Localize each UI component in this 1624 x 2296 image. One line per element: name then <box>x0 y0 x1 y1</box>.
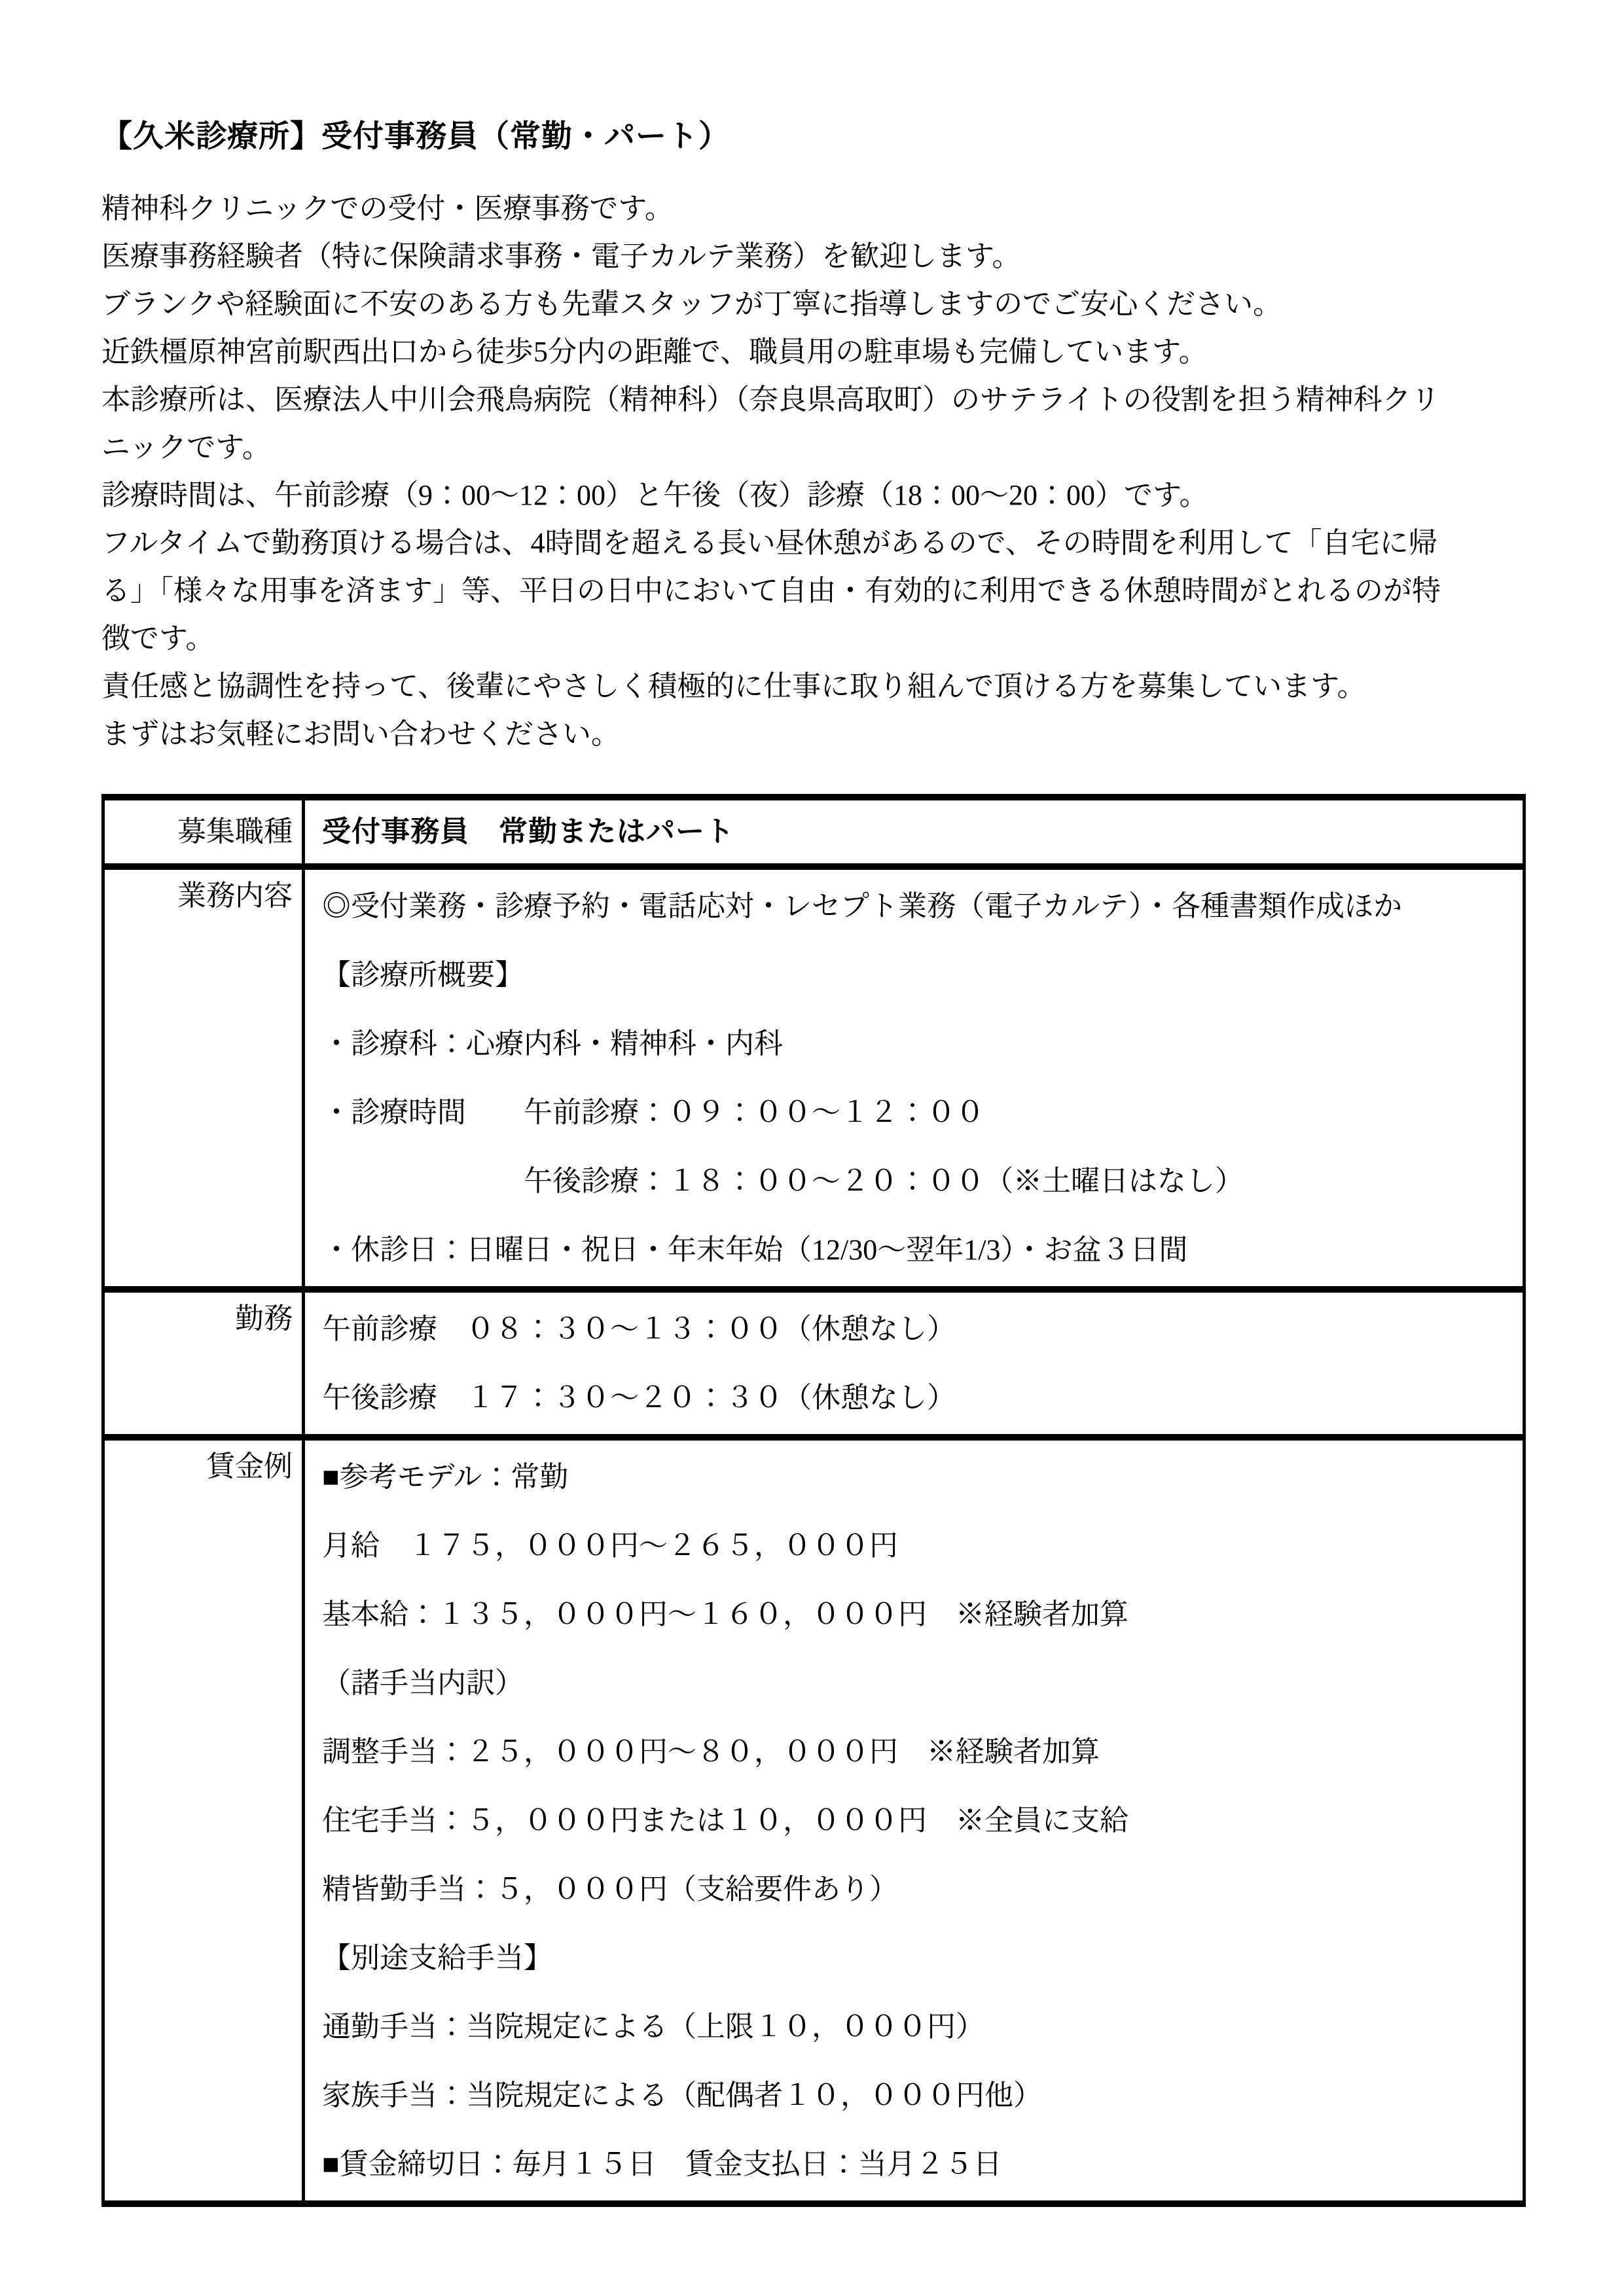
table-row-wage-example: 賃金例 ■参考モデル：常勤 月給 １７５，０００円〜２６５，０００円 基本給：１… <box>105 1441 1523 2200</box>
intro-line: 診療時間は、午前診療（9：00〜12：00）と午後（夜）診療（18：00〜20：… <box>101 471 1526 519</box>
table-line: 受付事務員 常勤またはパート <box>322 802 1516 861</box>
row-value: ◎受付業務・診療予約・電話応対・レセプト業務（電子カルテ）・各種書類作成ほか 【… <box>305 870 1523 1286</box>
job-table: 募集職種 受付事務員 常勤またはパート 業務内容 ◎受付業務・診療予約・電話応対… <box>101 794 1526 2207</box>
table-line: 月給 １７５，０００円〜２６５，０００円 <box>322 1511 1516 1580</box>
table-line: ・診療時間 午前診療：０９：００〜１２：００ <box>322 1078 1516 1147</box>
intro-line: ニックです。 <box>101 423 1526 471</box>
intro-line: 本診療所は、医療法人中川会飛鳥病院（精神科）（奈良県高取町）のサテライトの役割を… <box>101 376 1526 423</box>
row-value: 午前診療 ０８：３０〜１３：００（休憩なし） 午後診療 １７：３０〜２０：３０（… <box>305 1293 1523 1434</box>
row-value: 受付事務員 常勤またはパート <box>305 800 1523 863</box>
row-label: 勤務 <box>105 1293 305 1434</box>
document-page: 【久米診療所】受付事務員（常勤・パート） 精神科クリニックでの受付・医療事務です… <box>0 0 1624 2296</box>
table-line: 精皆勤手当：５，０００円（支給要件あり） <box>322 1855 1516 1924</box>
intro-line: 精神科クリニックでの受付・医療事務です。 <box>101 185 1526 232</box>
intro-text: 精神科クリニックでの受付・医療事務です。 医療事務経験者（特に保険請求事務・電子… <box>101 185 1526 758</box>
table-line: 通勤手当：当院規定による（上限１０，０００円） <box>322 1992 1516 2061</box>
table-row-job-description: 業務内容 ◎受付業務・診療予約・電話応対・レセプト業務（電子カルテ）・各種書類作… <box>105 870 1523 1293</box>
row-label: 業務内容 <box>105 870 305 1286</box>
table-line: ・休診日：日曜日・祝日・年末年始（12/30〜翌年1/3）・お盆３日間 <box>322 1215 1516 1284</box>
table-line: 家族手当：当院規定による（配偶者１０，０００円他） <box>322 2061 1516 2130</box>
table-row-recruit-type: 募集職種 受付事務員 常勤またはパート <box>105 800 1523 870</box>
table-line: 調整手当：２５，０００円〜８０，０００円 ※経験者加算 <box>322 1717 1516 1786</box>
intro-line: ブランクや経験面に不安のある方も先輩スタッフが丁寧に指導しますのでご安心ください… <box>101 280 1526 328</box>
table-row-work-hours: 勤務 午前診療 ０８：３０〜１３：００（休憩なし） 午後診療 １７：３０〜２０：… <box>105 1293 1523 1441</box>
row-label: 賃金例 <box>105 1441 305 2200</box>
intro-line: フルタイムで勤務頂ける場合は、4時間を超える長い昼休憩があるので、その時間を利用… <box>101 519 1526 567</box>
page-title: 【久米診療所】受付事務員（常勤・パート） <box>101 119 1526 153</box>
table-line: 【診療所概要】 <box>322 941 1516 1009</box>
table-line: ◎受付業務・診療予約・電話応対・レセプト業務（電子カルテ）・各種書類作成ほか <box>322 872 1516 941</box>
table-line: 住宅手当：５，０００円または１０，０００円 ※全員に支給 <box>322 1786 1516 1855</box>
intro-line: 徴です。 <box>101 615 1526 662</box>
table-line: 基本給：１３５，０００円〜１６０，０００円 ※経験者加算 <box>322 1580 1516 1649</box>
row-value: ■参考モデル：常勤 月給 １７５，０００円〜２６５，０００円 基本給：１３５，０… <box>305 1441 1523 2200</box>
table-line: （諸手当内訳） <box>322 1649 1516 1717</box>
intro-line: 医療事務経験者（特に保険請求事務・電子カルテ業務）を歓迎します。 <box>101 232 1526 280</box>
table-line: ・診療科：心療内科・精神科・内科 <box>322 1009 1516 1078</box>
table-line: 午後診療：１８：００〜２０：００（※土曜日はなし） <box>322 1147 1516 1215</box>
intro-line: まずはお気軽にお問い合わせください。 <box>101 710 1526 758</box>
table-line: 午前診療 ０８：３０〜１３：００（休憩なし） <box>322 1295 1516 1363</box>
row-label: 募集職種 <box>105 800 305 863</box>
intro-line: 責任感と協調性を持って、後輩にやさしく積極的に仕事に取り組んで頂ける方を募集して… <box>101 662 1526 710</box>
intro-line: る」「様々な用事を済ます」等、平日の日中において自由・有効的に利用できる休憩時間… <box>101 567 1526 615</box>
table-line: ■賃金締切日：毎月１５日 賃金支払日：当月２５日 <box>322 2130 1516 2198</box>
table-line: 午後診療 １７：３０〜２０：３０（休憩なし） <box>322 1363 1516 1432</box>
intro-line: 近鉄橿原神宮前駅西出口から徒歩5分内の距離で、職員用の駐車場も完備しています。 <box>101 328 1526 376</box>
table-line: 【別途支給手当】 <box>322 1924 1516 1992</box>
table-line: ■参考モデル：常勤 <box>322 1443 1516 1511</box>
